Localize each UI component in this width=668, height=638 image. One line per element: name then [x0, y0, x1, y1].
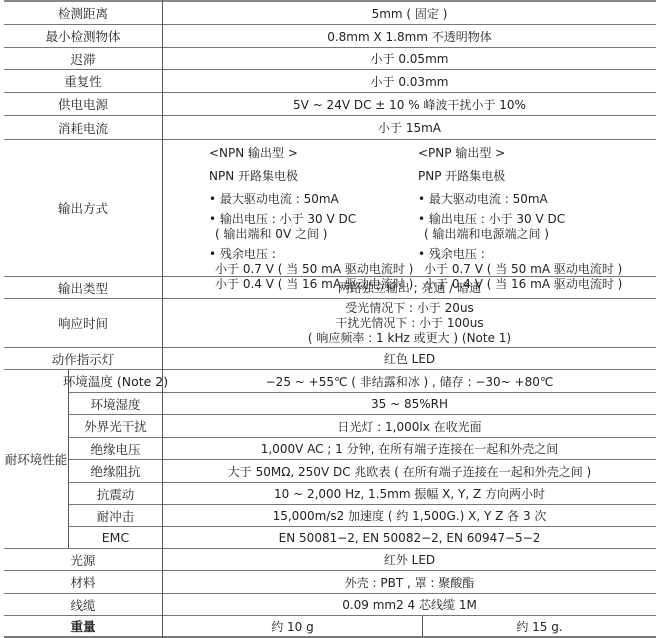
npn-type: NPN 开路集电极 — [209, 169, 413, 184]
npn-title: <NPN 输出型 > — [209, 146, 413, 161]
row-label: EMC — [69, 527, 162, 548]
table-row-repeatability: 重复性 小于 0.03mm — [4, 70, 656, 93]
pnp-output-voltage-note: ( 输出端和电源端之间 ) — [418, 227, 622, 242]
row-label: 材料 — [4, 571, 162, 593]
row-value: 10 ~ 2,000 Hz, 1.5mm 振幅 X, Y, Z 方向两小时 — [163, 483, 656, 504]
response-line-1: 受光情况下 : 小于 20us — [345, 301, 474, 316]
response-line-3: ( 响应频率 : 1 kHz 或更大 ) (Note 1) — [308, 331, 511, 346]
row-value: 35 ~ 85%RH — [163, 393, 656, 414]
row-value: 日光灯 : 1,000lx 在收光面 — [163, 415, 656, 437]
table-row-shock: 耐冲击 15,000m/s2 加速度 ( 约 1,500G.) X, Y Z 各… — [69, 505, 656, 527]
row-value: EN 50081−2, EN 50082−2, EN 60947−5−2 — [163, 527, 656, 548]
table-row-min-object: 最小检测物体 0.8mm X 1.8mm 不透明物体 — [4, 25, 656, 48]
npn-output-voltage-note: ( 输出端和 0V 之间 ) — [209, 227, 413, 242]
npn-output-voltage: • 输出电压 : 小于 30 V DC — [209, 212, 413, 227]
table-row-response-time: 响应时间 受光情况下 : 小于 20us 干扰光情况下 : 小于 100us (… — [4, 299, 656, 348]
pnp-residual-voltage: • 残余电压 : — [418, 247, 622, 262]
row-label: 动作指示灯 — [4, 348, 162, 369]
table-row-weight: 重量 约 10 g 约 15 g. — [4, 616, 656, 638]
row-value: 5V ~ 24V DC ± 10 % 峰波干扰小于 10% — [163, 93, 656, 115]
row-label: 环境湿度 — [69, 393, 162, 414]
table-row-current-consumption: 消耗电流 小于 15mA — [4, 116, 656, 140]
table-row-cable: 线缆 0.09 mm2 4 芯线缆 1M — [4, 594, 656, 616]
table-row-power-supply: 供电电源 5V ~ 24V DC ± 10 % 峰波干扰小于 10% — [4, 93, 656, 116]
row-label: 绝缘阻抗 — [69, 460, 162, 482]
table-row-dielectric-strength: 绝缘电压 1,000V AC ; 1 分钟, 在所有端子连接在一起和外壳之间 — [69, 438, 656, 460]
table-row-insulation-resistance: 绝缘阻抗 大于 50MΩ, 250V DC 兆欧表 ( 在所有端子连接在一起和外… — [69, 460, 656, 483]
row-label: 耐冲击 — [69, 505, 162, 526]
row-value: 5mm ( 固定 ) — [163, 2, 656, 24]
row-label: 消耗电流 — [4, 116, 162, 139]
pnp-max-current: • 最大驱动电流 : 50mA — [418, 192, 622, 207]
response-line-2: 干扰光情况下 : 小于 100us — [335, 316, 483, 331]
weight-pnp-value: 约 15 g. — [423, 616, 656, 636]
table-row-material: 材料 外壳 : PBT , 罩 : 聚酸酯 — [4, 571, 656, 594]
row-label: 输出方式 — [4, 140, 162, 276]
table-row-ambient-light: 外界光干扰 日光灯 : 1,000lx 在收光面 — [69, 415, 656, 438]
table-row-output-mode: 输出方式 <NPN 输出型 > NPN 开路集电极 • 最大驱动电流 : 50m… — [4, 140, 656, 277]
table-row-indicator: 动作指示灯 红色 LED — [4, 348, 656, 370]
pnp-output-spec: <PNP 输出型 > PNP 开路集电极 • 最大驱动电流 : 50mA • 输… — [418, 146, 622, 292]
row-label: 光源 — [4, 549, 162, 570]
npn-max-current: • 最大驱动电流 : 50mA — [209, 192, 413, 207]
column-divider — [162, 0, 163, 638]
npn-residual-1: 小于 0.7 V ( 当 50 mA 驱动电流时 ) — [209, 262, 413, 277]
npn-output-spec: <NPN 输出型 > NPN 开路集电极 • 最大驱动电流 : 50mA • 输… — [209, 146, 413, 292]
row-value: 15,000m/s2 加速度 ( 约 1,500G.) X, Y Z 各 3 次 — [163, 505, 656, 526]
table-row-light-source: 光源 红外 LED — [4, 549, 656, 571]
row-label: 供电电源 — [4, 93, 162, 115]
row-label: 输出类型 — [4, 277, 162, 298]
row-label: 线缆 — [4, 594, 162, 615]
row-value: 外壳 : PBT , 罩 : 聚酸酯 — [163, 571, 656, 593]
table-row-vibration: 抗震动 10 ~ 2,000 Hz, 1.5mm 振幅 X, Y, Z 方向两小… — [69, 483, 656, 505]
row-label: 抗震动 — [69, 483, 162, 504]
row-value: 红色 LED — [163, 348, 656, 369]
row-label: 重量 — [4, 616, 162, 636]
row-value: −25 ~ +55℃ ( 非结露和冰 ) , 储存 : −30~ +80℃ — [163, 370, 656, 392]
row-label: 绝缘电压 — [69, 438, 162, 459]
row-value: 红外 LED — [163, 549, 656, 570]
row-label: 最小检测物体 — [4, 25, 162, 47]
row-label: 检测距离 — [4, 2, 162, 24]
row-label: 外界光干扰 — [69, 415, 162, 437]
pnp-residual-1: 小于 0.7 V ( 当 50 mA 驱动电流时 ) — [418, 262, 622, 277]
row-value: 小于 0.03mm — [163, 70, 656, 92]
pnp-title: <PNP 输出型 > — [418, 146, 622, 161]
row-value: 1,000V AC ; 1 分钟, 在所有端子连接在一起和外壳之间 — [163, 438, 656, 459]
row-label: 环境温度 (Note 2) — [69, 370, 162, 392]
table-row-detection-distance: 检测距离 5mm ( 固定 ) — [4, 2, 656, 25]
pnp-output-voltage: • 输出电压 : 小于 30 V DC — [418, 212, 622, 227]
table-row-ambient-temp: 环境温度 (Note 2) −25 ~ +55℃ ( 非结露和冰 ) , 储存 … — [69, 370, 656, 393]
row-value: 0.8mm X 1.8mm 不透明物体 — [163, 25, 656, 47]
pnp-type: PNP 开路集电极 — [418, 169, 622, 184]
row-value: 0.09 mm2 4 芯线缆 1M — [163, 594, 656, 615]
row-label: 响应时间 — [4, 299, 162, 347]
row-value: 受光情况下 : 小于 20us 干扰光情况下 : 小于 100us ( 响应频率… — [163, 299, 656, 347]
row-value: 小于 0.05mm — [163, 48, 656, 69]
table-row-output-type: 输出类型 两路独立输出 ; 亮通 / 暗通 — [4, 277, 656, 299]
table-row-emc: EMC EN 50081−2, EN 50082−2, EN 60947−5−2 — [69, 527, 656, 549]
weight-npn-value: 约 10 g — [163, 616, 422, 636]
row-value: 小于 15mA — [163, 116, 656, 139]
row-label: 重复性 — [4, 70, 162, 92]
row-value: 大于 50MΩ, 250V DC 兆欧表 ( 在所有端子连接在一起和外壳之间 ) — [163, 460, 656, 482]
npn-residual-voltage: • 残余电压 : — [209, 247, 413, 262]
spec-table: 检测距离 5mm ( 固定 ) 最小检测物体 0.8mm X 1.8mm 不透明… — [0, 0, 668, 638]
table-row-hysteresis: 迟滞 小于 0.05mm — [4, 48, 656, 70]
table-row-ambient-humidity: 环境湿度 35 ~ 85%RH — [69, 393, 656, 415]
row-label: 迟滞 — [4, 48, 162, 69]
row-value: 两路独立输出 ; 亮通 / 暗通 — [163, 277, 656, 298]
environment-group-label: 耐环境性能 — [4, 370, 68, 548]
